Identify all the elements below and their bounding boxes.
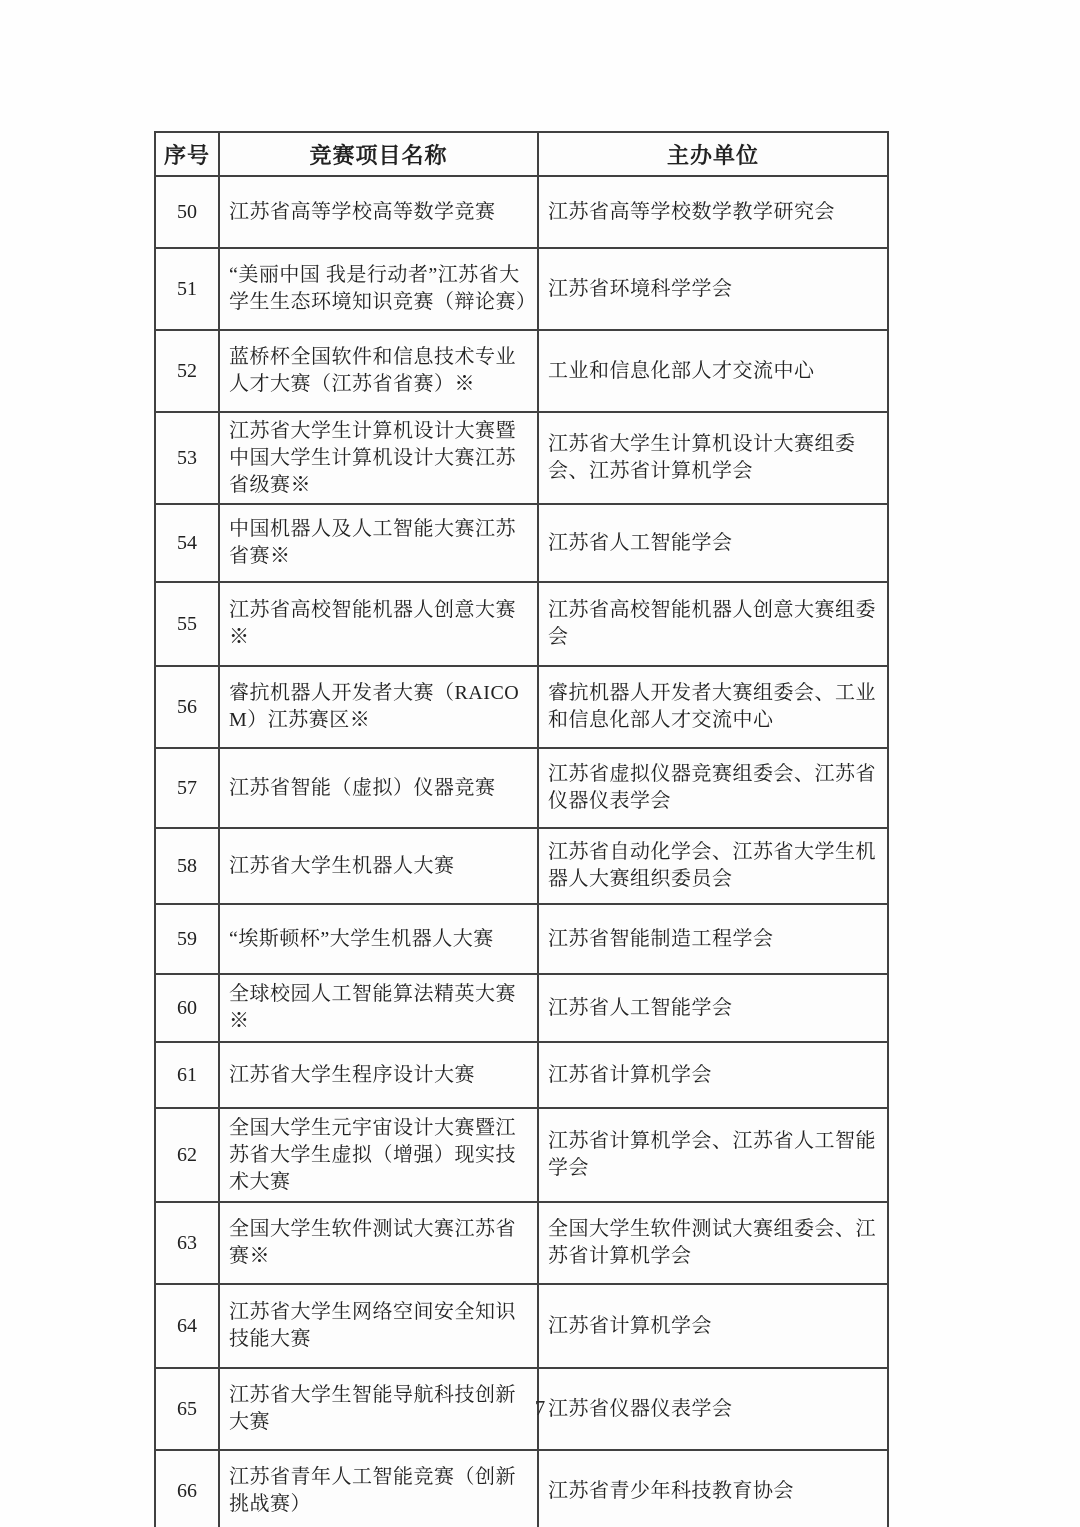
row-number-cell: 60 — [155, 974, 219, 1042]
competition-name-cell: 江苏省大学生机器人大赛 — [219, 828, 538, 904]
organizer-cell: 工业和信息化部人才交流中心 — [538, 330, 888, 412]
table-row: 57江苏省智能（虚拟）仪器竞赛江苏省虚拟仪器竞赛组委会、江苏省仪器仪表学会 — [155, 748, 888, 828]
organizer-cell: 江苏省智能制造工程学会 — [538, 904, 888, 974]
table-row: 61江苏省大学生程序设计大赛江苏省计算机学会 — [155, 1042, 888, 1108]
competition-name-cell: 全国大学生软件测试大赛江苏省赛※ — [219, 1202, 538, 1284]
organizer-cell: 全国大学生软件测试大赛组委会、江苏省计算机学会 — [538, 1202, 888, 1284]
row-number-cell: 59 — [155, 904, 219, 974]
page-number: 7 — [0, 1396, 1080, 1421]
table-row: 55江苏省高校智能机器人创意大赛※江苏省高校智能机器人创意大赛组委会 — [155, 582, 888, 666]
competition-table: 序号 竞赛项目名称 主办单位 50江苏省高等学校高等数学竞赛江苏省高等学校数学教… — [154, 131, 889, 1527]
table-row: 60全球校园人工智能算法精英大赛※江苏省人工智能学会 — [155, 974, 888, 1042]
competition-name-cell: 江苏省大学生网络空间安全知识技能大赛 — [219, 1284, 538, 1368]
organizer-cell: 睿抗机器人开发者大赛组委会、工业和信息化部人才交流中心 — [538, 666, 888, 748]
table-row: 59“埃斯顿杯”大学生机器人大赛江苏省智能制造工程学会 — [155, 904, 888, 974]
organizer-cell: 江苏省高校智能机器人创意大赛组委会 — [538, 582, 888, 666]
row-number-cell: 52 — [155, 330, 219, 412]
row-number-cell: 64 — [155, 1284, 219, 1368]
column-header-organizer: 主办单位 — [538, 132, 888, 176]
row-number-cell: 55 — [155, 582, 219, 666]
row-number-cell: 66 — [155, 1450, 219, 1527]
row-number-cell: 50 — [155, 176, 219, 248]
organizer-cell: 江苏省计算机学会 — [538, 1284, 888, 1368]
competition-name-cell: 睿抗机器人开发者大赛（RAICOM）江苏赛区※ — [219, 666, 538, 748]
row-number-cell: 58 — [155, 828, 219, 904]
table-row: 66江苏省青年人工智能竞赛（创新挑战赛）江苏省青少年科技教育协会 — [155, 1450, 888, 1527]
table-row: 52蓝桥杯全国软件和信息技术专业人才大赛（江苏省省赛）※工业和信息化部人才交流中… — [155, 330, 888, 412]
competition-name-cell: 江苏省大学生程序设计大赛 — [219, 1042, 538, 1108]
row-number-cell: 56 — [155, 666, 219, 748]
organizer-cell: 江苏省青少年科技教育协会 — [538, 1450, 888, 1527]
competition-name-cell: 江苏省高校智能机器人创意大赛※ — [219, 582, 538, 666]
organizer-cell: 江苏省自动化学会、江苏省大学生机器人大赛组织委员会 — [538, 828, 888, 904]
competition-name-cell: 全国大学生元宇宙设计大赛暨江苏省大学生虚拟（增强）现实技术大赛 — [219, 1108, 538, 1202]
column-header-competition-name: 竞赛项目名称 — [219, 132, 538, 176]
competition-name-cell: 江苏省智能（虚拟）仪器竞赛 — [219, 748, 538, 828]
organizer-cell: 江苏省高等学校数学教学研究会 — [538, 176, 888, 248]
organizer-cell: 江苏省大学生计算机设计大赛组委会、江苏省计算机学会 — [538, 412, 888, 504]
organizer-cell: 江苏省人工智能学会 — [538, 974, 888, 1042]
table-row: 50江苏省高等学校高等数学竞赛江苏省高等学校数学教学研究会 — [155, 176, 888, 248]
document-page: 序号 竞赛项目名称 主办单位 50江苏省高等学校高等数学竞赛江苏省高等学校数学教… — [0, 0, 1080, 1527]
competition-name-cell: 江苏省大学生计算机设计大赛暨中国大学生计算机设计大赛江苏省级赛※ — [219, 412, 538, 504]
table-row: 56睿抗机器人开发者大赛（RAICOM）江苏赛区※睿抗机器人开发者大赛组委会、工… — [155, 666, 888, 748]
organizer-cell: 江苏省人工智能学会 — [538, 504, 888, 582]
organizer-cell: 江苏省环境科学学会 — [538, 248, 888, 330]
column-header-number: 序号 — [155, 132, 219, 176]
table-row: 53江苏省大学生计算机设计大赛暨中国大学生计算机设计大赛江苏省级赛※江苏省大学生… — [155, 412, 888, 504]
organizer-cell: 江苏省计算机学会、江苏省人工智能学会 — [538, 1108, 888, 1202]
row-number-cell: 51 — [155, 248, 219, 330]
competition-name-cell: 江苏省青年人工智能竞赛（创新挑战赛） — [219, 1450, 538, 1527]
competition-name-cell: 江苏省高等学校高等数学竞赛 — [219, 176, 538, 248]
organizer-cell: 江苏省虚拟仪器竞赛组委会、江苏省仪器仪表学会 — [538, 748, 888, 828]
table-row: 64江苏省大学生网络空间安全知识技能大赛江苏省计算机学会 — [155, 1284, 888, 1368]
row-number-cell: 61 — [155, 1042, 219, 1108]
competition-name-cell: 全球校园人工智能算法精英大赛※ — [219, 974, 538, 1042]
table-row: 54中国机器人及人工智能大赛江苏省赛※江苏省人工智能学会 — [155, 504, 888, 582]
row-number-cell: 53 — [155, 412, 219, 504]
table-row: 63全国大学生软件测试大赛江苏省赛※全国大学生软件测试大赛组委会、江苏省计算机学… — [155, 1202, 888, 1284]
competition-name-cell: “美丽中国 我是行动者”江苏省大学生生态环境知识竞赛（辩论赛） — [219, 248, 538, 330]
row-number-cell: 57 — [155, 748, 219, 828]
competition-name-cell: 蓝桥杯全国软件和信息技术专业人才大赛（江苏省省赛）※ — [219, 330, 538, 412]
table-row: 58江苏省大学生机器人大赛江苏省自动化学会、江苏省大学生机器人大赛组织委员会 — [155, 828, 888, 904]
table-row: 51“美丽中国 我是行动者”江苏省大学生生态环境知识竞赛（辩论赛）江苏省环境科学… — [155, 248, 888, 330]
row-number-cell: 63 — [155, 1202, 219, 1284]
competition-name-cell: 中国机器人及人工智能大赛江苏省赛※ — [219, 504, 538, 582]
row-number-cell: 62 — [155, 1108, 219, 1202]
table-row: 62全国大学生元宇宙设计大赛暨江苏省大学生虚拟（增强）现实技术大赛江苏省计算机学… — [155, 1108, 888, 1202]
table-body: 50江苏省高等学校高等数学竞赛江苏省高等学校数学教学研究会51“美丽中国 我是行… — [155, 176, 888, 1527]
organizer-cell: 江苏省计算机学会 — [538, 1042, 888, 1108]
table-header-row: 序号 竞赛项目名称 主办单位 — [155, 132, 888, 176]
competition-name-cell: “埃斯顿杯”大学生机器人大赛 — [219, 904, 538, 974]
row-number-cell: 54 — [155, 504, 219, 582]
